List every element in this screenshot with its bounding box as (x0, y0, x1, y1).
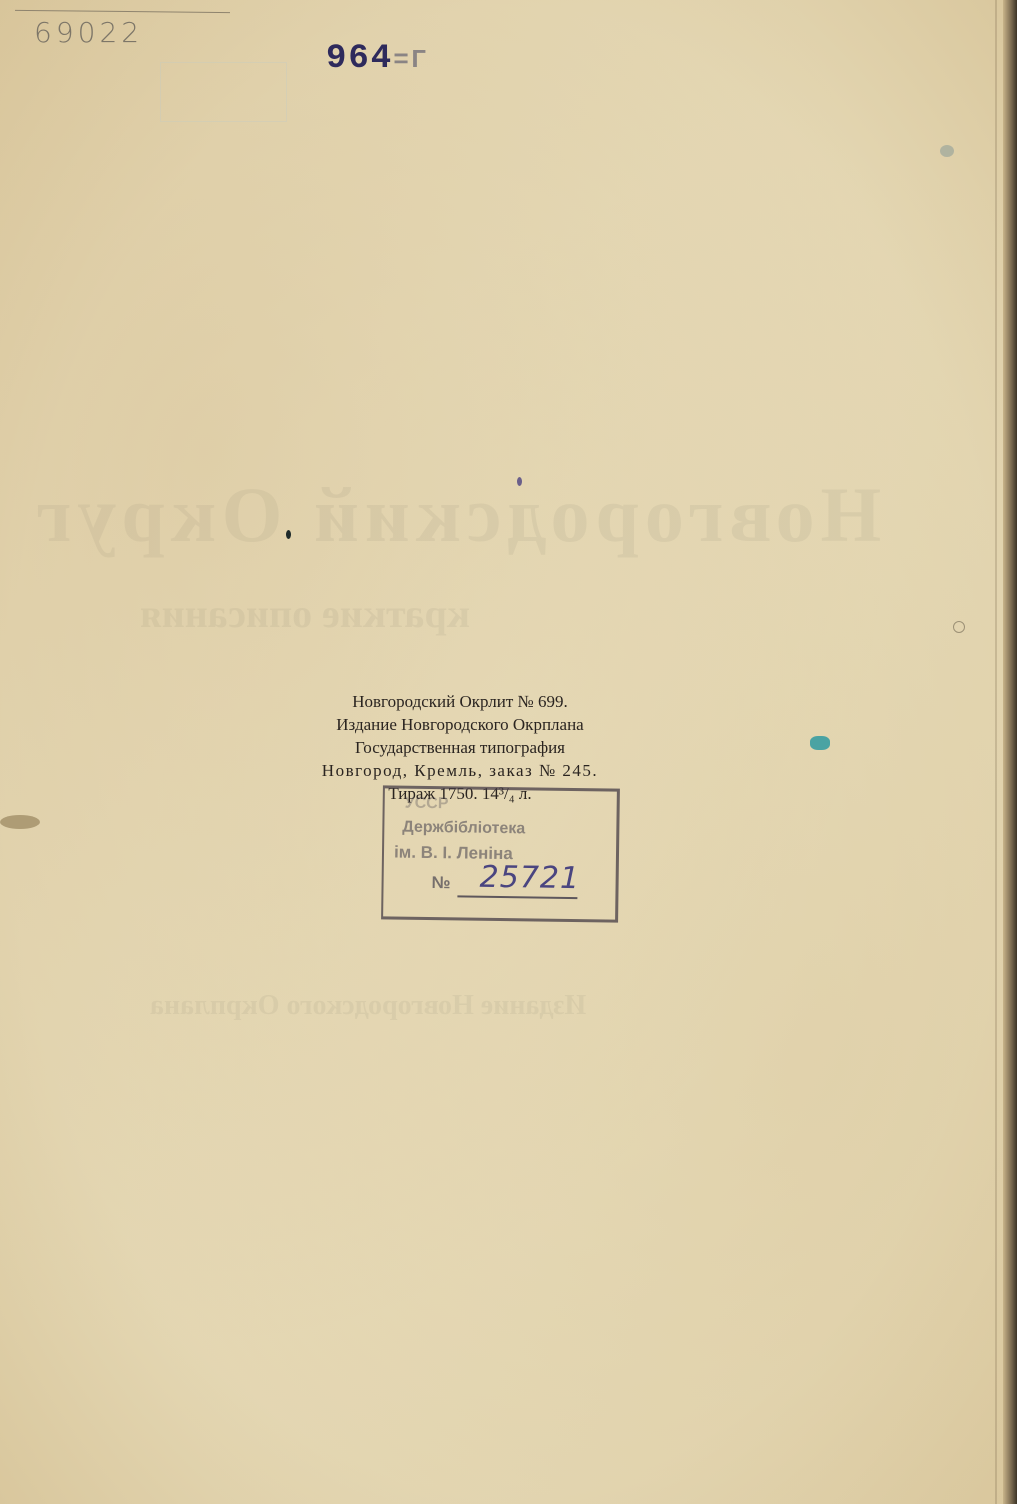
grey-stain (940, 145, 954, 157)
handwritten-catalog-number: 69022 (34, 16, 143, 49)
bleed-through-subtitle: краткие описания (140, 590, 470, 637)
imprint-line-printer: Государственная типография (240, 736, 680, 759)
library-stamp-handwritten-number: 25721 (479, 860, 580, 896)
edge-stain (0, 815, 40, 829)
imprint-line-publisher: Издание Новгородского Окрплана (240, 713, 680, 736)
bleed-through-title: Новгородский Округ (30, 470, 881, 560)
library-stamp-line2: Держбібліотека (402, 819, 525, 839)
ink-speck (517, 477, 522, 486)
binding-edge (1003, 0, 1017, 1504)
library-stamp-underline (457, 895, 577, 899)
inventory-stamp-number: 964 (326, 40, 393, 78)
inventory-stamp: 964=Г (326, 40, 428, 78)
teal-stain (810, 736, 830, 750)
hole-mark (953, 621, 965, 633)
bleed-through-publisher: Издание Новгородского Окрплана (150, 990, 586, 1022)
page-crease (995, 0, 997, 1504)
imprint-line-address: Новгород, Кремль, заказ № 245. (240, 759, 680, 782)
faint-label-outline (160, 62, 287, 122)
ink-speck (286, 530, 291, 539)
library-stamp-line1: УССР (405, 795, 449, 814)
library-stamp-number-label: № (431, 873, 450, 893)
library-stamp: УССР Держбібліотека ім. В. І. Леніна № 2… (381, 785, 620, 922)
imprint-line-censor: Новгородский Окрлит № 699. (240, 690, 680, 713)
inventory-stamp-suffix: =Г (393, 45, 428, 75)
